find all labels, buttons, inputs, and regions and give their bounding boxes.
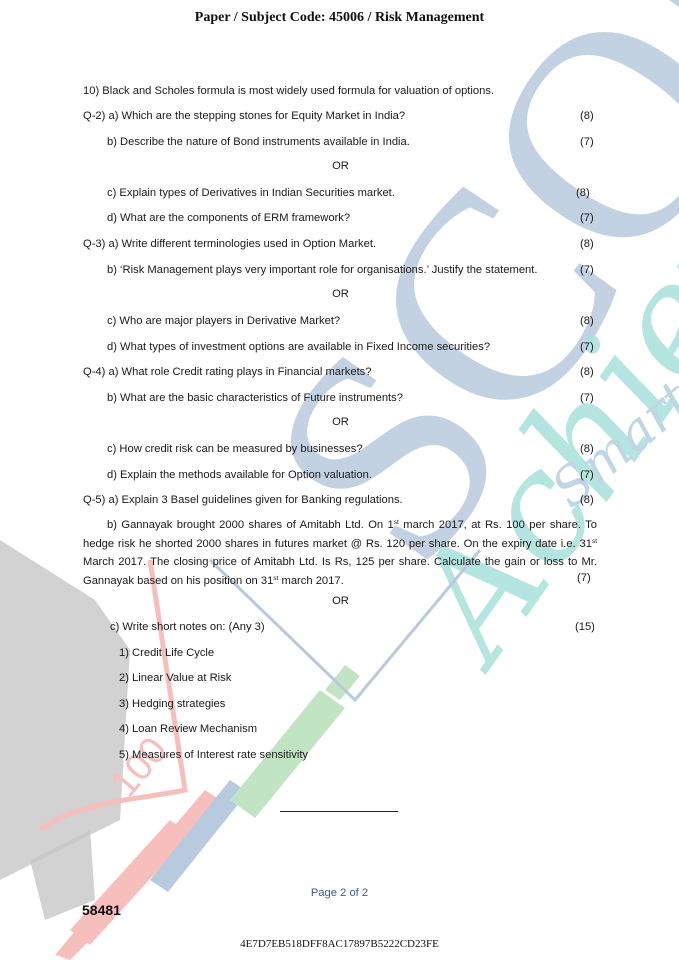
marks-4a: (8): [580, 365, 594, 379]
question-3d: d) What types of investment options are …: [107, 340, 490, 354]
or-divider: OR: [1, 595, 679, 607]
marks-2a: (8): [580, 109, 594, 123]
marks-2b: (7): [580, 135, 594, 149]
question-4a: Q-4) a) What role Credit rating plays in…: [83, 365, 372, 379]
marks-2d: (7): [580, 211, 594, 225]
paper-header: Paper / Subject Code: 45006 / Risk Manag…: [0, 10, 679, 26]
marks-3b: (7): [580, 263, 594, 277]
question-2a: Q-2) a) Which are the stepping stones fo…: [83, 109, 405, 123]
marks-4c: (8): [580, 442, 594, 456]
page-number: Page 2 of 2: [0, 887, 679, 899]
question-2b: b) Describe the nature of Bond instrumen…: [107, 135, 410, 149]
question-5a: Q-5) a) Explain 3 Basel guidelines given…: [83, 493, 403, 507]
marks-5b: (7): [577, 571, 591, 585]
question-5c: c) Write short notes on: (Any 3): [110, 620, 265, 634]
question-4d: d) Explain the methods available for Opt…: [107, 468, 372, 482]
marks-4b: (7): [580, 391, 594, 405]
question-3c: c) Who are major players in Derivative M…: [107, 314, 340, 328]
short-note-item: 4) Loan Review Mechanism: [119, 722, 257, 736]
marks-5a: (8): [580, 493, 594, 507]
exam-page: Paper / Subject Code: 45006 / Risk Manag…: [0, 0, 679, 960]
end-of-paper-rule: [280, 811, 398, 812]
question-2d: d) What are the components of ERM framew…: [107, 211, 350, 225]
short-note-item: 1) Credit Life Cycle: [119, 646, 214, 660]
short-note-item: 5) Measures of Interest rate sensitivity: [119, 748, 308, 762]
or-divider: OR: [1, 160, 679, 172]
document-hash: 4E7D7EB518DFF8AC17897B5222CD23FE: [0, 938, 679, 950]
question-3b: b) ‘Risk Management plays very important…: [107, 263, 538, 277]
question-2c: c) Explain types of Derivatives in India…: [107, 186, 395, 200]
marks-4d: (7): [580, 468, 594, 482]
marks-5c: (15): [575, 620, 595, 634]
paper-code: 58481: [82, 902, 121, 918]
or-divider: OR: [1, 288, 679, 300]
short-note-item: 2) Linear Value at Risk: [119, 671, 231, 685]
question-4b: b) What are the basic characteristics of…: [107, 391, 403, 405]
question-3a: Q-3) a) Write different terminologies us…: [83, 237, 376, 251]
or-divider: OR: [1, 416, 679, 428]
marks-2c: (8): [576, 186, 590, 200]
marks-3a: (8): [580, 237, 594, 251]
short-note-item: 3) Hedging strategies: [119, 697, 225, 711]
marks-3d: (7): [580, 340, 594, 354]
question-4c: c) How credit risk can be measured by bu…: [107, 442, 363, 456]
marks-3c: (8): [580, 314, 594, 328]
question-5b: b) Gannayak brought 2000 shares of Amita…: [83, 516, 597, 590]
intro-statement: 10) Black and Scholes formula is most wi…: [83, 84, 494, 98]
